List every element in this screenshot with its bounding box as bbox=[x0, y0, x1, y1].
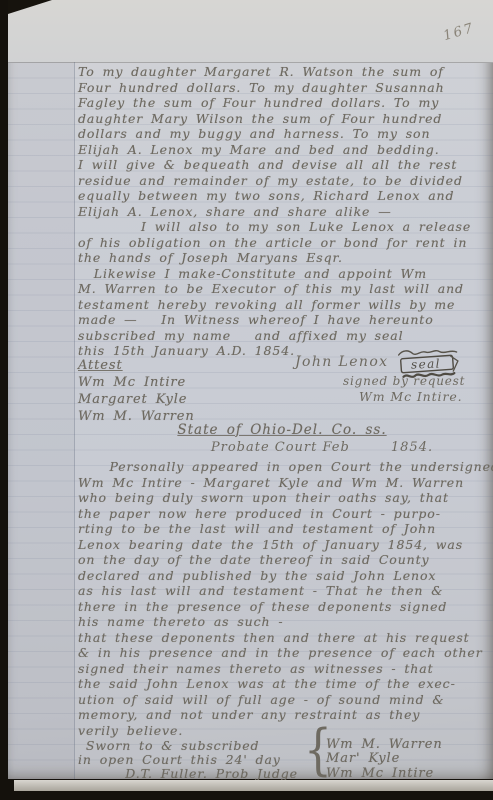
will-line: testament hereby revoking all former wil… bbox=[78, 297, 486, 313]
seal-stamp: seal bbox=[394, 346, 461, 382]
will-line: subscribed my name and affixed my seal bbox=[78, 328, 486, 344]
page-bottom-edge bbox=[14, 780, 493, 791]
will-line: equally between my two sons, Richard Len… bbox=[78, 188, 486, 204]
attest-witness-block: Attest Wm Mc IntireMargaret KyleWm M. Wa… bbox=[78, 357, 195, 425]
jurat-signature: Wm M. Warren bbox=[326, 738, 443, 752]
probate-line: signed their names thereto as witnesses … bbox=[78, 661, 486, 677]
probate-line: & in his presence and in the presence of… bbox=[78, 645, 486, 661]
will-line: Likewise I make-Constitute and appoint W… bbox=[78, 266, 486, 282]
seal-label: seal bbox=[411, 357, 441, 372]
will-line: Elijah A. Lenox my Mare and bed and bedd… bbox=[78, 142, 486, 158]
probate-line: verily believe. bbox=[78, 723, 486, 739]
left-margin-crease bbox=[8, 62, 75, 779]
probate-line: as his last will and testament - That he… bbox=[78, 583, 486, 599]
probate-line: declared and published by the said John … bbox=[78, 568, 486, 584]
will-line: residue and remainder of my estate, to b… bbox=[78, 173, 486, 189]
signed-note: signed by request bbox=[295, 374, 491, 389]
will-line: made — In Witness whereof I have hereunt… bbox=[78, 312, 486, 328]
probate-line: on the day of the date thereof in said C… bbox=[78, 552, 486, 568]
will-line: Four hundred dollars. To my daughter Sus… bbox=[78, 80, 486, 96]
attest-label: Attest bbox=[78, 357, 195, 374]
witness-signature-list: Wm Mc IntireMargaret KyleWm M. Warren bbox=[78, 374, 195, 425]
jurat-signature: Wm Mc Intire bbox=[326, 767, 443, 781]
probate-line: rting to be the last will and testament … bbox=[78, 521, 486, 537]
probate-heading-state: State of Ohio-Del. Co. ss. bbox=[78, 422, 486, 438]
will-line: of his obligation on the article or bond… bbox=[78, 235, 486, 251]
jurat-line: D.T. Fuller. Prob Judge bbox=[78, 767, 298, 781]
probate-line: the paper now here produced in Court - p… bbox=[78, 506, 486, 522]
will-line: To my daughter Margaret R. Watson the su… bbox=[78, 64, 486, 80]
probate-line: Lenox bearing date the 15th of January 1… bbox=[78, 537, 486, 553]
will-line: I will also to my son Luke Lenox a relea… bbox=[78, 219, 486, 235]
testator-signature: John Lenox bbox=[295, 354, 388, 370]
testator-signature-line: John Lenox seal bbox=[295, 352, 491, 374]
probate-text-block: Personally appeared in open Court the un… bbox=[78, 459, 486, 738]
ledger-page: 167 To my daughter Margaret R. Watson th… bbox=[8, 0, 493, 779]
will-line: daughter Mary Wilson the sum of Four hun… bbox=[78, 111, 486, 127]
signed-by-name: Wm Mc Intire. bbox=[295, 389, 491, 404]
will-line: I will give & bequeath and devise all al… bbox=[78, 157, 486, 173]
will-text-block: To my daughter Margaret R. Watson the su… bbox=[78, 64, 486, 359]
probate-line: who being duly sworn upon their oaths sa… bbox=[78, 490, 486, 506]
photo-background: 167 To my daughter Margaret R. Watson th… bbox=[0, 0, 493, 800]
jurat-text: Sworn to & subscribedin open Court this … bbox=[78, 739, 298, 780]
jurat-line: Sworn to & subscribed bbox=[78, 739, 298, 753]
witness-signature: Margaret Kyle bbox=[78, 391, 195, 408]
will-line: Fagley the sum of Four hundred dollars. … bbox=[78, 95, 486, 111]
will-line: Elijah A. Lenox, share and share alike — bbox=[78, 204, 486, 220]
page-top-edge bbox=[8, 0, 493, 63]
probate-line: there in the presence of these deponents… bbox=[78, 599, 486, 615]
probate-line: his name thereto as such - bbox=[78, 614, 486, 630]
probate-line: Wm Mc Intire - Margaret Kyle and Wm M. W… bbox=[78, 475, 486, 491]
probate-line: ution of said will of full age - of soun… bbox=[78, 692, 486, 708]
probate-line: memory, and not under any restraint as t… bbox=[78, 707, 486, 723]
jurat-signature: Mar' Kyle bbox=[326, 752, 443, 766]
jurat-signatures: Wm M. WarrenMar' KyleWm Mc Intire bbox=[326, 738, 443, 781]
probate-line: Personally appeared in open Court the un… bbox=[78, 459, 486, 475]
witness-signature: Wm Mc Intire bbox=[78, 374, 195, 391]
will-line: the hands of Joseph Maryans Esqr. bbox=[78, 250, 486, 266]
will-line: dollars and my buggy and harness. To my … bbox=[78, 126, 486, 142]
probate-line: the said John Lenox was at the time of t… bbox=[78, 676, 486, 692]
probate-line: that these deponents then and there at h… bbox=[78, 630, 486, 646]
jurat-line: in open Court this 24' day bbox=[78, 753, 298, 767]
will-line: M. Warren to be Executor of this my last… bbox=[78, 281, 486, 297]
signature-block: John Lenox seal signed by request Wm Mc … bbox=[295, 352, 491, 404]
probate-heading-court: Probate Court Feb 1854. bbox=[118, 440, 493, 455]
